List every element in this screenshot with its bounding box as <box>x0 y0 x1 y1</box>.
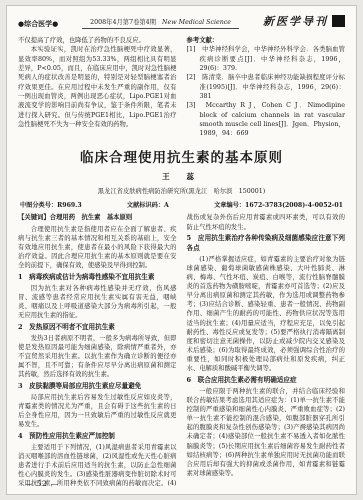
article-title: 临床合理使用抗生素的基本原则 <box>18 146 345 166</box>
section-heading: 2 发热原因不明者不宜用抗生素 <box>18 323 177 332</box>
section-text: (1)严格掌握适应症，如青霉素的主要治疗对象为链球菌感染、葡萄球菌敏感菌株感染、… <box>187 255 346 374</box>
article-author: 王 蕊 <box>18 171 345 182</box>
journal-masthead: 新医学导刊 <box>263 13 345 29</box>
journal-name-en: New Medical Science <box>162 19 231 26</box>
reference-item: [2] 陈清棠．脑卒中患者临床神经功能缺损程度评分标准(1995)[J]．中华神… <box>187 73 346 101</box>
issue-info-line: 2008年4月第7卷第4期 New Medical Science <box>82 17 239 29</box>
references-title: 参考文献： <box>187 36 346 45</box>
journal-page-scan: ●综合医学● 2008年4月第7卷第4期 New Medical Science… <box>6 5 357 495</box>
previous-article-tail: 不仅提高了疗效，也降低了药物的不良反应。 本实验证实，凯时在治疗急性脑梗死中疗效… <box>18 36 345 138</box>
article-meta-row: 中图分类号：R969.3 文献标识码：A 文章编号：1672-3783(2008… <box>20 200 343 209</box>
section-heading: 1 病毒疾病或估计为病毒性感染不宜用抗生素 <box>18 273 177 282</box>
article-title-block: 临床合理使用抗生素的基本原则 王 蕊 黑龙江省皮肤病性病防治研究所(黑龙江 哈尔… <box>18 146 345 195</box>
section-heading: 4 预防性应用抗生素应严加控制 <box>18 432 177 441</box>
journal-name-cn: 新医学导刊 <box>263 13 328 29</box>
previous-article-references-column: 参考文献： [1] 中华神经科学会，中华神经外科学会．各类脑血管疾病诊断要点[J… <box>187 36 346 138</box>
section-text: 发热3日者病原不明者，一般多为病毒所导致，但即使是发热原因最可能为细菌感染，除病… <box>18 334 177 380</box>
previous-article-paragraph: 不仅提高了疗效，也降低了药物的不良反应。 <box>18 36 177 45</box>
previous-article-paragraph: 本实验证实，凯时在治疗急性脑梗死中疗效显著，显效率80%，而对照组为53.33%… <box>18 45 177 129</box>
page-number: — 52 — <box>25 479 59 488</box>
column-section-label: ●综合医学● <box>18 19 58 29</box>
section-text: 一般应限于两种抗生素的联合，并结合临床经验和联合药敏结果考虑选用其适应症为：(1… <box>187 387 346 478</box>
article-id: 文章编号：1672-3783(2008)-4-0052-01 <box>214 200 343 209</box>
keywords-line: 【关键词】合理用药 抗生素 基本原则 <box>18 213 177 222</box>
previous-article-text-column: 不仅提高了疗效，也降低了药物的不良反应。 本实验证实，凯时在治疗急性脑梗死中疗效… <box>18 36 177 138</box>
article-affiliation: 黑龙江省皮肤病性病防治研究所(黑龙江 哈尔滨 150001) <box>18 186 345 195</box>
reference-item: [3] Mccarthy R J，Cohen C J．Nimodipine bl… <box>187 101 346 138</box>
page-header: ●综合医学● 2008年4月第7卷第4期 New Medical Science… <box>18 13 345 29</box>
section-heading: 6 联合应用抗生素必需有明确适应症 <box>187 376 346 385</box>
document-code: 文献标识码：A <box>127 200 169 209</box>
reference-item: [1] 中华神经科学会，中华神经外科学会．各类脑血管疾病诊断要点[J]．中华神经… <box>187 45 346 73</box>
intro-paragraph: 合理使用抗生素是指使用者应在全面了解患者、疾病与抗生素三者的基本情况和相互关系的… <box>18 225 177 271</box>
article-body: 【关键词】合理用药 抗生素 基本原则 合理使用抗生素是指使用者应在全面了解患者、… <box>18 213 345 495</box>
issue-info: 2008年4月第7卷第4期 <box>90 19 156 26</box>
clc-number: 中图分类号：R969.3 <box>20 200 82 209</box>
section-text: 因为抗生素对各种病毒性感染并无疗效，伤风感冒、流感等患者经常应用抗生素实属有害无… <box>18 284 177 321</box>
section-heading: 5 应用抗生素治疗各种传染病及细菌感染应注意下列各点 <box>187 234 346 253</box>
section-heading: 3 皮肤黏膜等局部应用抗生素应尽量避免 <box>18 382 177 391</box>
section-text: 局部应用抗生素后容易发生过敏性反应如皮炎等，青霉素类的情况尤为严重，且会有碍于这… <box>18 393 177 430</box>
corner-block-icon <box>332 15 345 27</box>
